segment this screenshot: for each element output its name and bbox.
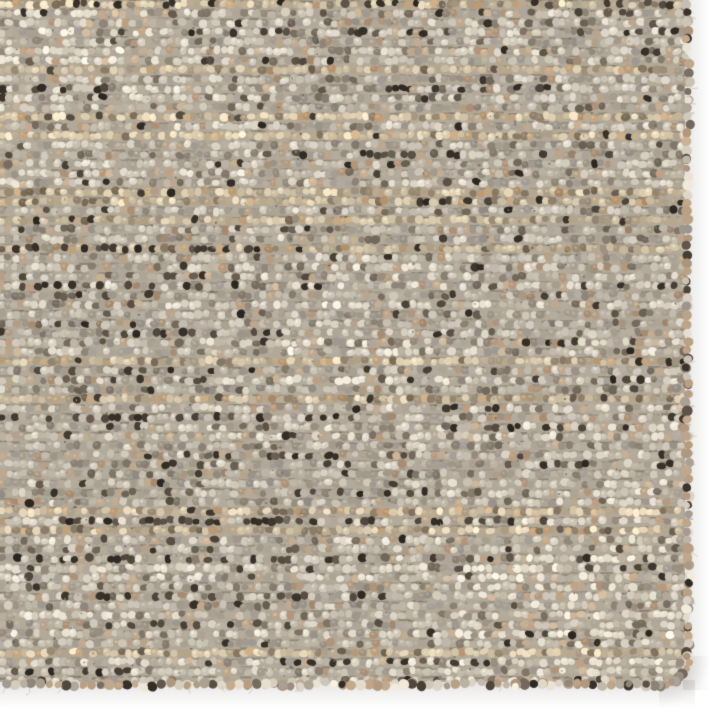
rug-corner-photo (0, 0, 720, 720)
product-photo-stage (0, 0, 720, 720)
